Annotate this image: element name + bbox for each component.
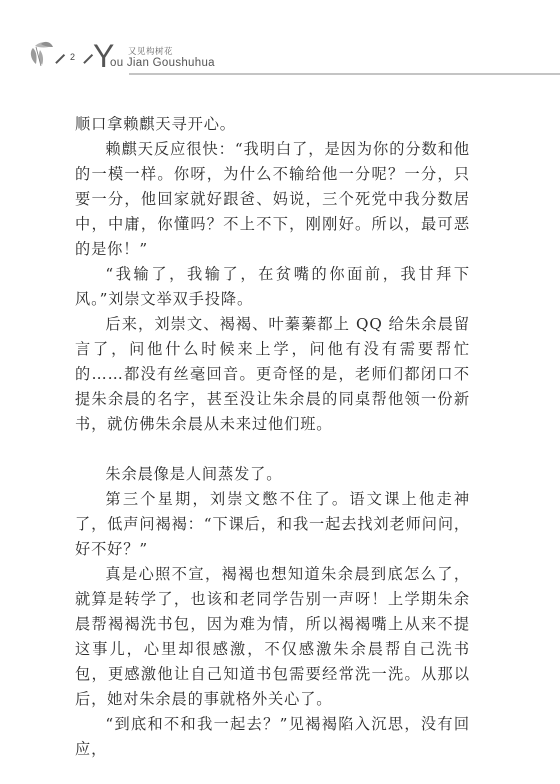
book-title-pinyin: ou Jian Goushuhua (110, 57, 215, 69)
book-title-chinese: 又见构树花 (128, 45, 173, 57)
paragraph: 顺口拿赖麒天寻开心。 (75, 112, 470, 137)
paragraph: 真是心照不宣，褐褐也想知道朱余晨到底怎么了，就算是转学了，也该和老同学告别一声呀… (75, 562, 470, 712)
leaf-icon (27, 38, 57, 68)
header-rule (129, 73, 560, 75)
page-header: 2 Y 又见构树花 ou Jian Goushuhua (0, 0, 560, 90)
paragraph: 朱余晨像是人间蒸发了。 (75, 462, 470, 487)
paragraph: “我输了，我输了，在贫嘴的你面前，我甘拜下风。”刘崇文举双手投降。 (75, 262, 470, 312)
section-break (75, 437, 470, 462)
paragraph: “到底和不和我一起去？”见褐褐陷入沉思，没有回应， (75, 712, 470, 762)
paragraph: 赖麒天反应很快：“我明白了，是因为你的分数和他的一模一样。你呀，为什么不输给他一… (75, 137, 470, 262)
divider-slash (83, 54, 93, 64)
page-number: 2 (70, 52, 75, 62)
paragraph: 第三个星期，刘崇文憋不住了。语文课上他走神了，低声问褐褐：“下课后，和我一起去找… (75, 487, 470, 562)
paragraph: 后来，刘崇文、褐褐、叶蓁蓁都上 QQ 给朱余晨留言了，问他什么时候来上学，问他有… (75, 312, 470, 437)
body-text: 顺口拿赖麒天寻开心。 赖麒天反应很快：“我明白了，是因为你的分数和他的一模一样。… (75, 112, 470, 762)
